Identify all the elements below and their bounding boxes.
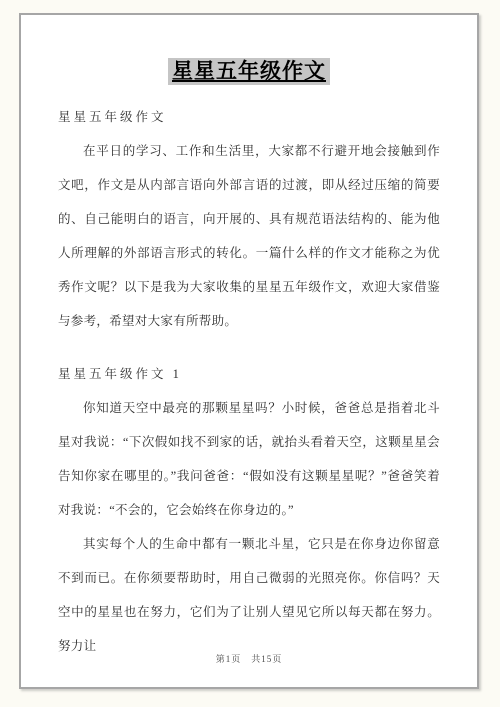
section-heading: 星星五年级作文 1	[58, 357, 440, 391]
header-label: 星星五年级作文	[58, 100, 440, 134]
intro-paragraph: 在平日的学习、工作和生活里，大家都不行避开地会接触到作文吧，作文是从内部言语向外…	[58, 134, 440, 338]
document-body: 星星五年级作文 在平日的学习、工作和生活里，大家都不行避开地会接触到作文吧，作文…	[58, 100, 440, 663]
page-number: 第1页 共15页	[21, 653, 477, 665]
document-page: 星星五年级作文 星星五年级作文 在平日的学习、工作和生活里，大家都不行避开地会接…	[19, 13, 479, 689]
title-row: 星星五年级作文	[21, 57, 477, 85]
document-title: 星星五年级作文	[168, 58, 330, 85]
body-paragraph-1: 你知道天空中最亮的那颗星星吗？小时候，爸爸总是指着北斗星对我说：“下次假如找不到…	[58, 391, 440, 527]
body-paragraph-2: 其实每个人的生命中都有一颗北斗星，它只是在你身边你留意不到而已。在你须要帮助时，…	[58, 527, 440, 663]
